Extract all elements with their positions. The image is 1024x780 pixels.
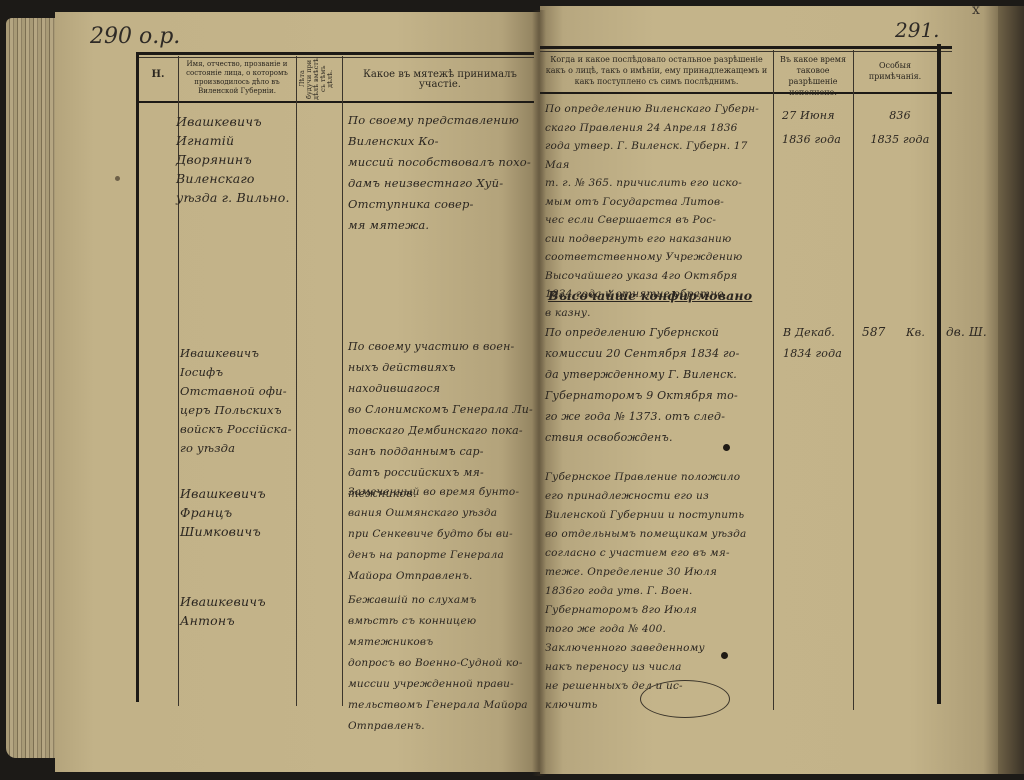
open-ledger-book: 290 о.р. 291. x Н. Имя, отчество, прозва… — [0, 0, 1024, 780]
right-top-double-rule — [540, 46, 952, 49]
right-page-number: 291. — [895, 18, 940, 42]
header-participation: Какое въ мятежѣ принималъ участіе. — [346, 70, 534, 90]
entry-3-participation: Замеченный во время бунто- вания Ошмянск… — [348, 482, 534, 587]
punch-hole-1 — [723, 444, 730, 451]
entry-1-participation: По своему представлению Виленских Ко- ми… — [348, 110, 534, 236]
entry-2-executed: В Декаб. 1834 года — [783, 322, 853, 364]
entry-3-resolution: Губернское Правление положило его принад… — [545, 468, 773, 715]
right-top-rule-thin — [540, 51, 952, 52]
entry-4-participation: Бежавшій по слухамъ вмѣстѣ съ конницею м… — [348, 590, 534, 737]
header-name-status: Имя, отчество, прозваніе и состояніе лиц… — [180, 60, 294, 96]
col-divider-4 — [773, 50, 774, 710]
entry-2-name: Ивашкевичъ Іосифъ Отставной офи- церъ По… — [180, 344, 298, 458]
punch-hole-3 — [115, 176, 120, 181]
corner-mark: x — [972, 2, 980, 18]
header-notes: Особыя примѣчанія. — [855, 60, 935, 82]
signature-flourish — [640, 680, 730, 718]
left-header-bottom-rule — [138, 101, 534, 103]
header-resolution: Когда и какое послѣдовало остальное разр… — [542, 54, 771, 87]
book-gutter — [532, 10, 546, 776]
entry-1-name: Ивашкевичъ Игнатій Дворянинъ Виленскаго … — [176, 112, 298, 207]
left-outer-border — [136, 52, 139, 702]
punch-hole-2 — [721, 652, 728, 659]
left-top-double-rule — [138, 52, 534, 55]
header-executed: Въ какое время таковое разрѣшеніе исполн… — [775, 54, 851, 98]
entry-1-executed: 27 Июня 1836 года — [782, 104, 852, 152]
header-years: Лѣта будучи при дѣлѣ вмѣстѣ съ тѣмъ дѣлѣ… — [299, 58, 339, 100]
entry-4-name: Ивашкевичъ Антонъ — [180, 592, 298, 630]
entry-2-extra-1: Кв. — [906, 322, 936, 343]
entry-2-extra-2: дв. Ш. — [946, 322, 996, 343]
entry-1-resolution-emphasis: Высочайше конфирмовано — [548, 285, 776, 306]
entry-2-resolution: По определению Губернской комиссии 20 Се… — [545, 322, 773, 448]
col-divider-3 — [342, 56, 343, 706]
header-number: Н. — [140, 70, 176, 80]
col-divider-5 — [853, 50, 854, 710]
left-page-number: 290 о.р. — [90, 24, 180, 49]
right-header-bottom-rule — [540, 92, 952, 94]
entry-1-notes: 836 1835 года — [862, 104, 938, 152]
entry-3-name: Ивашкевичъ Францъ Шимковичъ — [180, 484, 298, 541]
entry-2-notes: 587 — [862, 322, 902, 343]
entry-2-participation: По своему участию в воен- ныхъ действиях… — [348, 336, 534, 504]
right-cover-edge — [998, 6, 1024, 774]
